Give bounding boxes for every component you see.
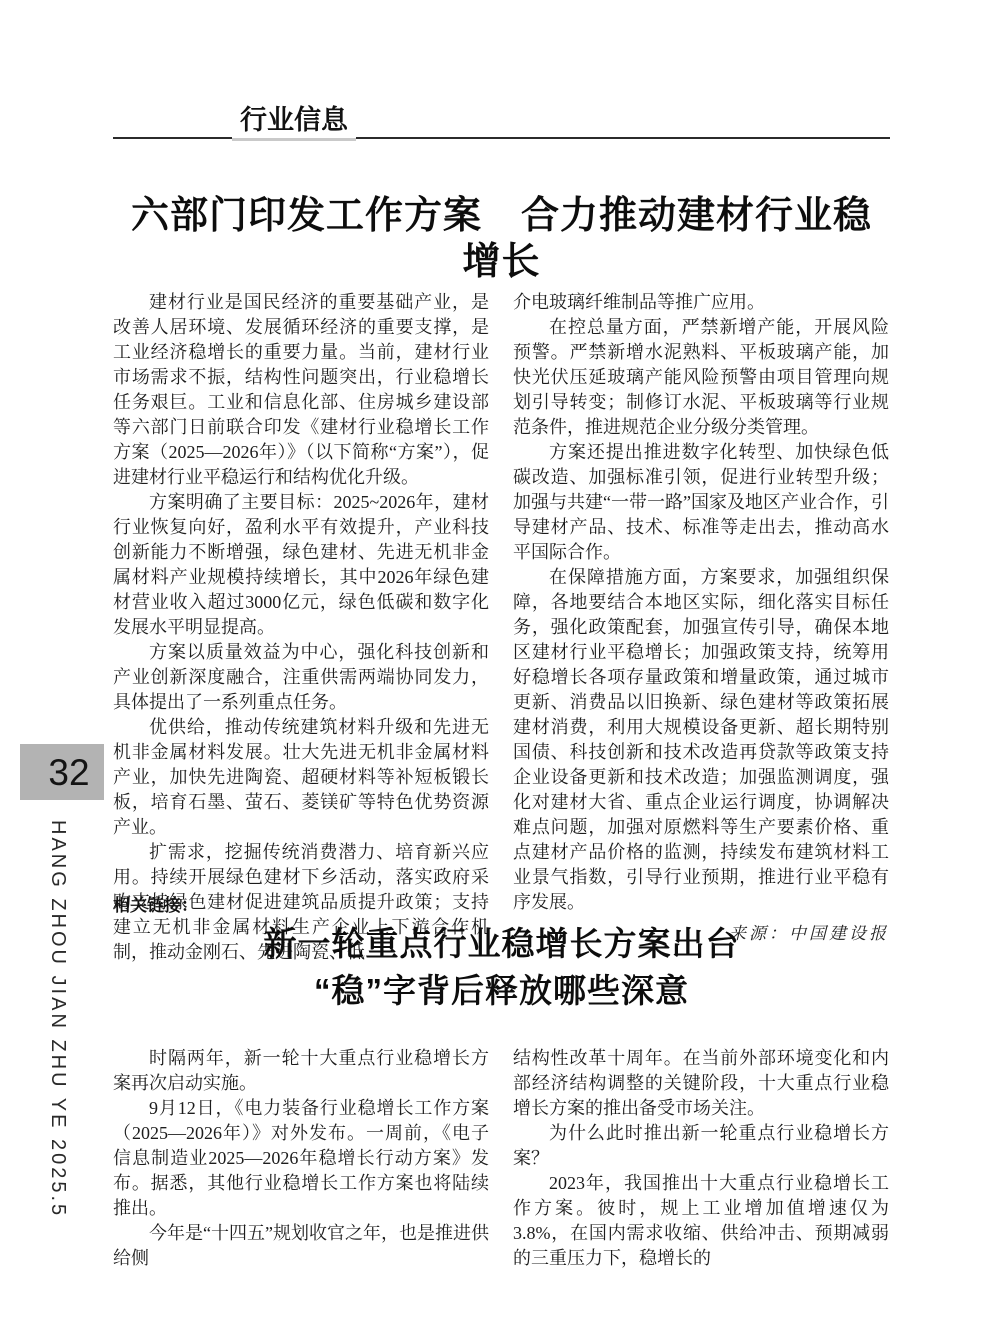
paragraph: 时隔两年，新一轮十大重点行业稳增长方案再次启动实施。 bbox=[113, 1046, 489, 1096]
paragraph: 2023年，我国推出十大重点行业稳增长工作方案。彼时，规上工业增加值增速仅为3.… bbox=[513, 1171, 889, 1271]
article2-left-column: 时隔两年，新一轮十大重点行业稳增长方案再次启动实施。 9月12日，《电力装备行业… bbox=[113, 1046, 489, 1271]
paragraph: 建材行业是国民经济的重要基础产业，是改善人居环境、发展循环经济的重要支撑，是工业… bbox=[113, 290, 489, 490]
paragraph: 今年是“十四五”规划收官之年，也是推进供给侧 bbox=[113, 1221, 489, 1271]
paragraph: 方案明确了主要目标：2025~2026年，建材行业恢复向好，盈利水平有效提升，产… bbox=[113, 490, 489, 640]
paragraph: 在控总量方面，严禁新增产能，开展风险预警。严禁新增水泥熟料、平板玻璃产能，加快光… bbox=[513, 315, 889, 440]
article2-headline-line1: 新一轮重点行业稳增长方案出台 bbox=[113, 920, 890, 967]
article1-right-column: 介电玻璃纤维制品等推广应用。 在控总量方面，严禁新增产能，开展风险预警。严禁新增… bbox=[513, 290, 889, 965]
page-number-box: 32 bbox=[20, 744, 104, 800]
article1-left-column: 建材行业是国民经济的重要基础产业，是改善人居环境、发展循环经济的重要支撑，是工业… bbox=[113, 290, 489, 965]
article2-headline: 新一轮重点行业稳增长方案出台 “稳”字背后释放哪些深意 bbox=[113, 920, 890, 1014]
paragraph: 为什么此时推出新一轮重点行业稳增长方案？ bbox=[513, 1121, 889, 1171]
related-links-label: 相关链接： bbox=[113, 891, 198, 916]
paragraph-continuation: 结构性改革十周年。在当前外部环境变化和内部经济结构调整的关键阶段，十大重点行业稳… bbox=[513, 1046, 889, 1121]
page-number: 32 bbox=[48, 754, 89, 791]
article2-right-column: 结构性改革十周年。在当前外部环境变化和内部经济结构调整的关键阶段，十大重点行业稳… bbox=[513, 1046, 889, 1271]
paragraph-continuation: 介电玻璃纤维制品等推广应用。 bbox=[513, 290, 889, 315]
paragraph: 方案还提出推进数字化转型、加快绿色低碳改造、加强标准引领，促进行业转型升级；加强… bbox=[513, 440, 889, 565]
header-rule bbox=[113, 137, 890, 139]
article2-headline-line2: “稳”字背后释放哪些深意 bbox=[113, 967, 890, 1014]
paragraph: 优供给，推动传统建筑材料升级和先进无机非金属材料发展。壮大先进无机非金属材料产业… bbox=[113, 715, 489, 840]
paragraph: 方案以质量效益为中心，强化科技创新和产业创新深度融合，注重供需两端协同发力，具体… bbox=[113, 640, 489, 715]
paragraph: 9月12日，《电力装备行业稳增长工作方案（2025—2026年）》对外发布。一周… bbox=[113, 1096, 489, 1221]
article1-headline: 六部门印发工作方案 合力推动建材行业稳增长 bbox=[113, 194, 890, 285]
journal-vertical-title: HANG ZHOU JIAN ZHU YE 2025.5 bbox=[46, 820, 69, 1200]
article2-body: 时隔两年，新一轮十大重点行业稳增长方案再次启动实施。 9月12日，《电力装备行业… bbox=[113, 1046, 890, 1271]
magazine-page: 32 HANG ZHOU JIAN ZHU YE 2025.5 行业信息 六部门… bbox=[0, 0, 1000, 1337]
section-label: 行业信息 bbox=[232, 106, 356, 141]
paragraph: 在保障措施方面，方案要求，加强组织保障，各地要结合本地区实际，细化落实目标任务，… bbox=[513, 565, 889, 915]
article1-body: 建材行业是国民经济的重要基础产业，是改善人居环境、发展循环经济的重要支撑，是工业… bbox=[113, 290, 890, 965]
